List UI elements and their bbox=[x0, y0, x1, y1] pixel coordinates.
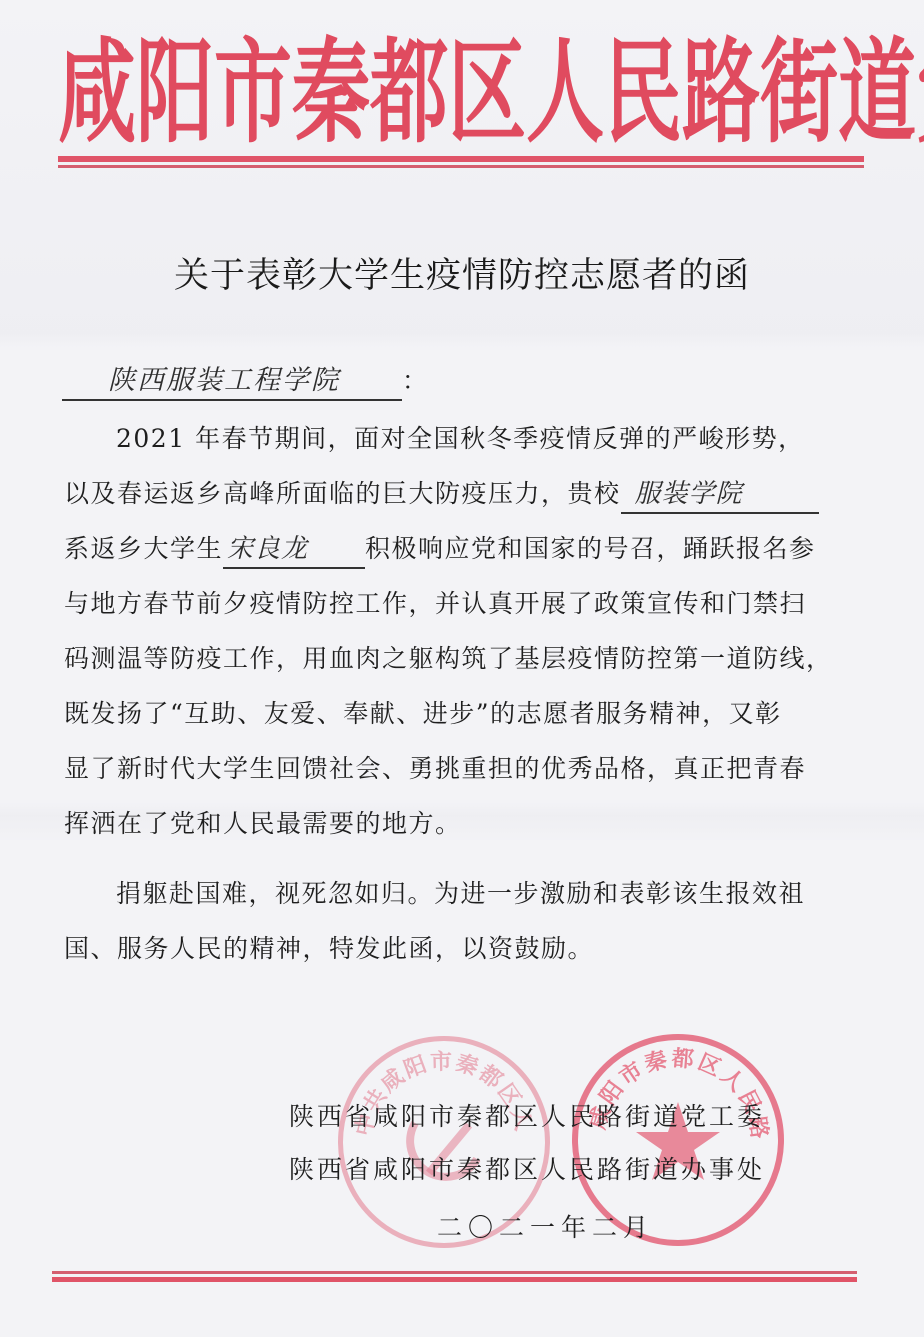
handwritten-student-name: 宋良龙 bbox=[223, 531, 365, 569]
body-line-text: 系返乡大学生 bbox=[64, 534, 223, 563]
handwritten-recipient: 陕西服装工程学院 bbox=[62, 363, 402, 401]
letterhead-rule-thick bbox=[58, 156, 864, 162]
body-line: 与地方春节前夕疫情防控工作，并认真开展了政策宣传和门禁扫 bbox=[64, 586, 806, 622]
body-line: 码测温等防疫工作，用血肉之躯构筑了基层疫情防控第一道防线， bbox=[64, 641, 833, 677]
letterhead-char: 人 bbox=[526, 37, 604, 150]
handwritten-school: 服装学院 bbox=[621, 476, 819, 514]
salutation-colon: ： bbox=[402, 366, 427, 395]
letterhead-char: 党 bbox=[916, 37, 924, 150]
body-line: 捐躯赴国难，视死忽如归。为进一步激励和表彰该生报效祖 bbox=[116, 876, 805, 912]
body-line: 既发扬了“互助、友爱、奉献、进步”的志愿者服务精神，又彰 bbox=[64, 696, 782, 732]
body-line: 显了新时代大学生回馈社会、勇挑重担的优秀品格，真正把青春 bbox=[64, 751, 806, 787]
document-title: 关于表彰大学生疫情防控志愿者的函 bbox=[0, 248, 924, 298]
salutation: 陕西服装工程学院： bbox=[62, 363, 427, 401]
signature-party-committee: 陕西省咸阳市秦都区人民路街道党工委 bbox=[289, 1099, 765, 1135]
letterhead-char: 民 bbox=[604, 37, 682, 150]
body-line: 国、服务人民的精神，特发此函，以资鼓励。 bbox=[64, 931, 594, 967]
letterhead-char: 区 bbox=[448, 37, 526, 150]
signature-subdistrict-office: 陕西省咸阳市秦都区人民路街道办事处 bbox=[289, 1152, 765, 1188]
document-page: 咸 阳 市 秦 都 区 人 民 路 街 道 党 工 委 关于表彰大学生疫情防控志… bbox=[0, 0, 924, 1337]
footer-rule-thin bbox=[52, 1271, 857, 1274]
document-date: 二〇二一年二月 bbox=[437, 1210, 654, 1246]
body-line: 系返乡大学生宋良龙积极响应党和国家的号召，踊跃报名参 bbox=[64, 531, 816, 569]
body-line: 挥洒在了党和人民最需要的地方。 bbox=[64, 806, 462, 842]
letterhead-char: 阳 bbox=[136, 37, 214, 150]
letterhead-char: 都 bbox=[370, 37, 448, 150]
letterhead: 咸 阳 市 秦 都 区 人 民 路 街 道 党 工 委 bbox=[58, 40, 866, 148]
letterhead-char: 路 bbox=[682, 37, 760, 150]
body-line: 2021 年春节期间，面对全国秋冬季疫情反弹的严峻形势， bbox=[116, 421, 805, 457]
letterhead-char: 秦 bbox=[292, 37, 370, 150]
letterhead-char: 市 bbox=[214, 37, 292, 150]
letterhead-char: 咸 bbox=[58, 37, 136, 150]
body-line-text: 以及春运返乡高峰所面临的巨大防疫压力，贵校 bbox=[64, 479, 621, 508]
body-line-text: 积极响应党和国家的号召，踊跃报名参 bbox=[365, 534, 816, 563]
footer-rule-thick bbox=[52, 1277, 857, 1282]
body-line: 以及春运返乡高峰所面临的巨大防疫压力，贵校服装学院 bbox=[64, 476, 819, 514]
letterhead-rule-thin bbox=[58, 165, 864, 168]
letterhead-char: 道 bbox=[838, 37, 916, 150]
letterhead-char: 街 bbox=[760, 37, 838, 150]
